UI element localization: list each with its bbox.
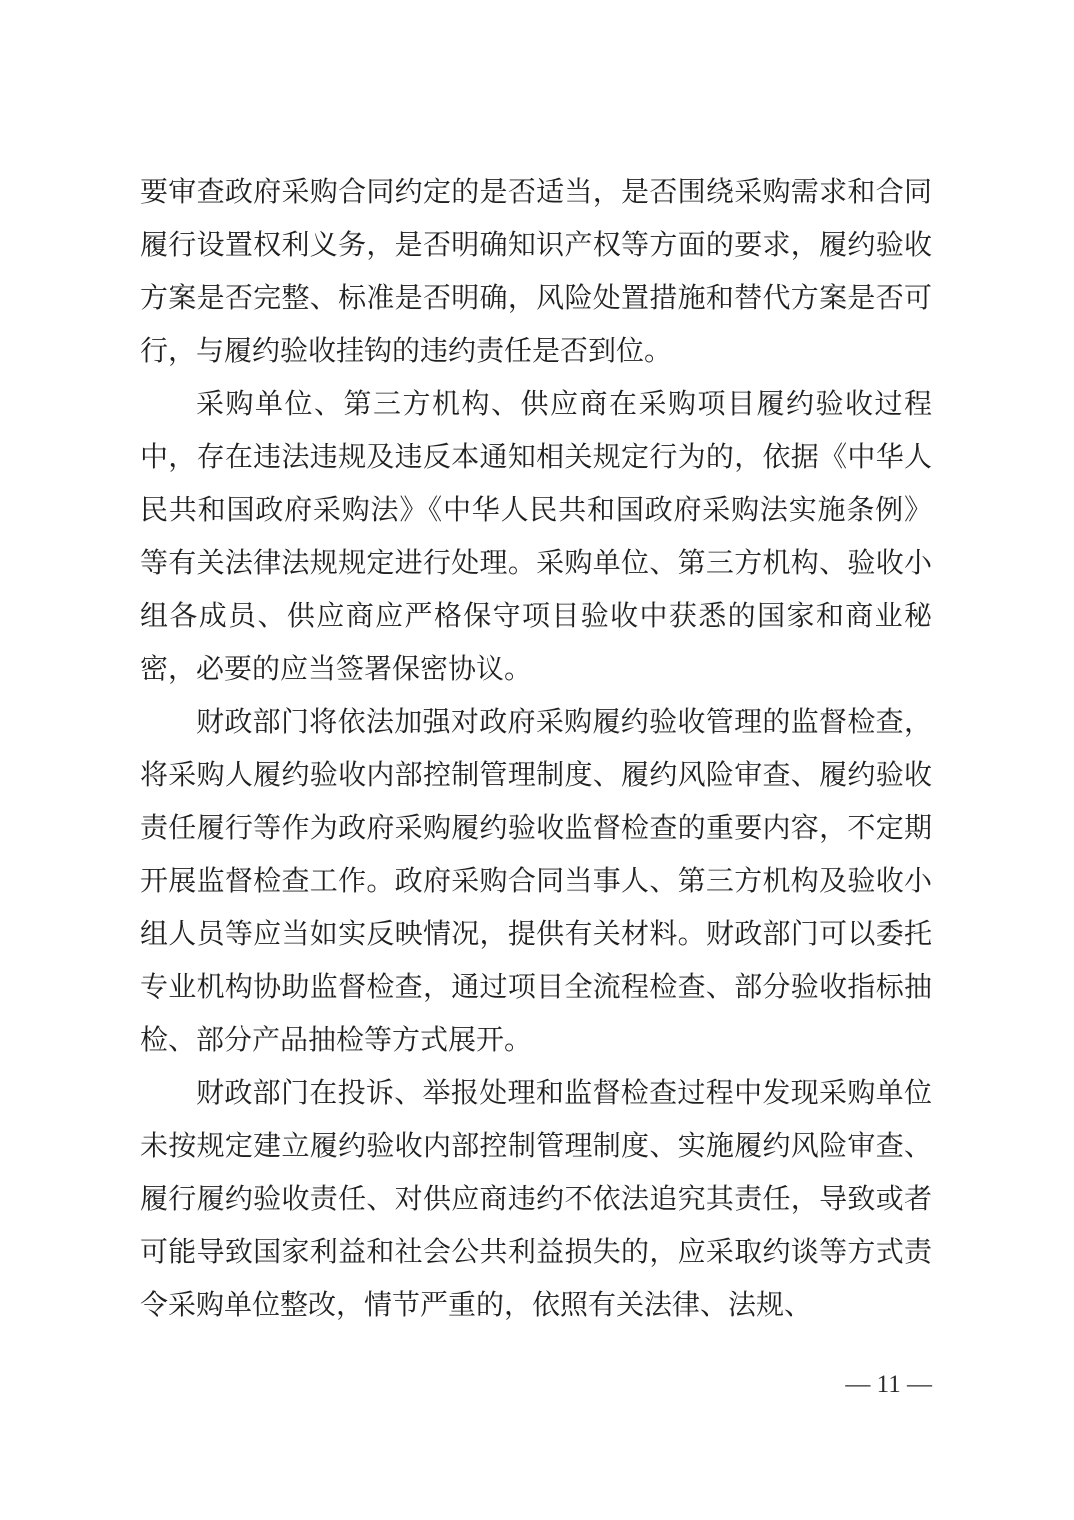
paragraph: 采购单位、第三方机构、供应商在采购项目履约验收过程中，存在违法违规及违反本通知相… bbox=[140, 378, 932, 696]
page-number: — 11 — bbox=[845, 1371, 932, 1398]
paragraph-continuation: 要审查政府采购合同约定的是否适当，是否围绕采购需求和合同履行设置权利义务，是否明… bbox=[140, 166, 932, 378]
document-page: 要审查政府采购合同约定的是否适当，是否围绕采购需求和合同履行设置权利义务，是否明… bbox=[0, 0, 1074, 1520]
paragraph: 财政部门将依法加强对政府采购履约验收管理的监督检查，将采购人履约验收内部控制管理… bbox=[140, 696, 932, 1067]
page-footer: — 11 — bbox=[140, 1368, 932, 1402]
document-body: 要审查政府采购合同约定的是否适当，是否围绕采购需求和合同履行设置权利义务，是否明… bbox=[140, 166, 932, 1332]
paragraph: 财政部门在投诉、举报处理和监督检查过程中发现采购单位未按规定建立履约验收内部控制… bbox=[140, 1067, 932, 1332]
